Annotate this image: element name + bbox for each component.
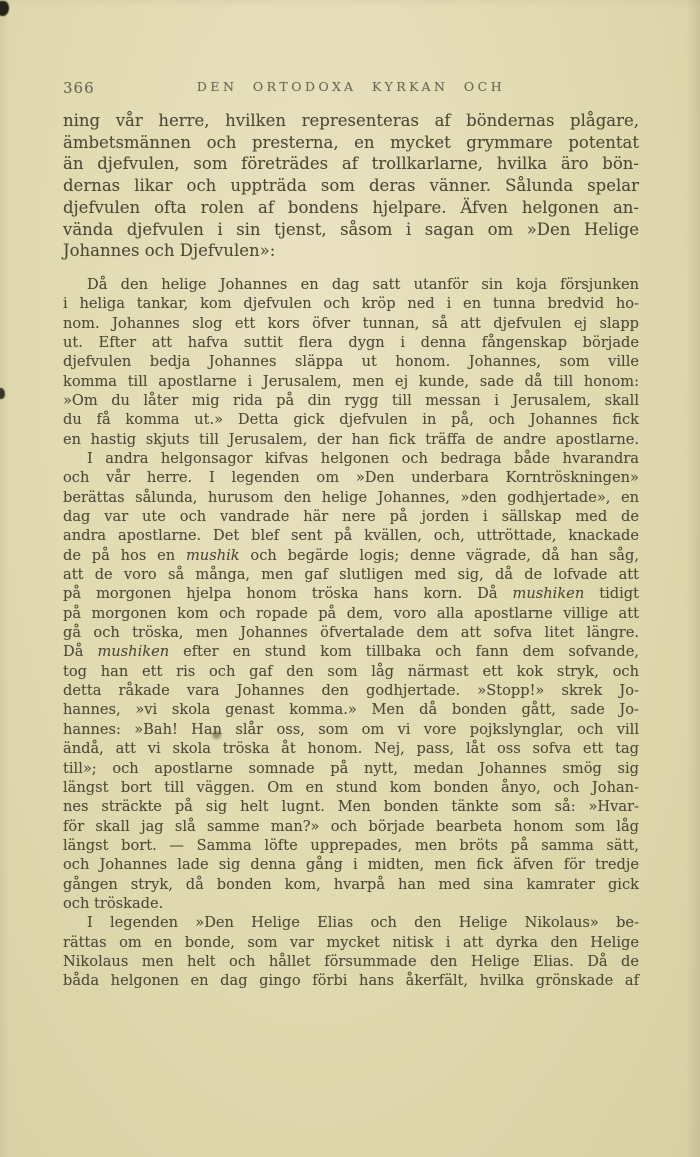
text-line: dag var ute och vandrade här nere på jor… [63, 507, 639, 526]
page-header: 366 DEN ORTODOXA KYRKAN OCH [63, 79, 639, 101]
paragraph: I andra helgonsagor kifvas helgonen och … [63, 449, 639, 913]
text-line: och Johannes lade sig denna gång i midte… [63, 855, 639, 874]
text-line: dernas likar och uppträda som deras vänn… [63, 175, 639, 197]
text-line: ning vår herre, hvilken representeras af… [63, 110, 639, 132]
text-line: hannes, »vi skola genast komma.» Men då … [63, 700, 639, 719]
text-line: I andra helgonsagor kifvas helgonen och … [63, 449, 639, 468]
text-line: nes sträckte på sig helt lugnt. Men bond… [63, 797, 639, 816]
text-column: 366 DEN ORTODOXA KYRKAN OCH ning vår her… [63, 79, 639, 991]
paragraph: I legenden »Den Helige Elias och den Hel… [63, 913, 639, 990]
paragraph: ning vår herre, hvilken representeras af… [63, 110, 639, 262]
text-line: djefvulen ofta rolen af bondens hjelpare… [63, 197, 639, 219]
text-line: ut. Efter att hafva suttit flera dygn i … [63, 333, 639, 352]
running-header: DEN ORTODOXA KYRKAN OCH [63, 79, 639, 94]
text-line: I legenden »Den Helige Elias och den Hel… [63, 913, 639, 932]
text-line: gå och tröska, men Johannes öfvertalade … [63, 623, 639, 642]
text-line: ändå, att vi skola tröska åt honom. Nej,… [63, 739, 639, 758]
text-line: längst bort. — Samma löfte upprepades, m… [63, 836, 639, 855]
text-line: att de voro så många, men gaf slutligen … [63, 565, 639, 584]
text-line: för skall jag slå samme man?» och börjad… [63, 817, 639, 836]
text-line: komma till apostlarne i Jerusalem, men e… [63, 372, 639, 391]
text-line: båda helgonen en dag gingo förbi hans åk… [63, 971, 639, 990]
text-line: på morgonen kom och ropade på dem, voro … [63, 604, 639, 623]
text-line: rättas om en bonde, som var mycket nitis… [63, 933, 639, 952]
text-line: och vår herre. I legenden om »Den underb… [63, 468, 639, 487]
text-line: gången stryk, då bonden kom, hvarpå han … [63, 875, 639, 894]
text-line: djefvulen bedja Johannes släppa ut honom… [63, 352, 639, 371]
text-line: berättas sålunda, hurusom den helige Joh… [63, 488, 639, 507]
text-line: Då den helige Johannes en dag satt utanf… [63, 275, 639, 294]
text-block: ning vår herre, hvilken representeras af… [63, 110, 639, 991]
text-line: hannes: »Bah! Han slår oss, som om vi vo… [63, 720, 639, 739]
paragraph: Då den helige Johannes en dag satt utanf… [63, 275, 639, 449]
text-line: detta råkade vara Johannes den godhjerta… [63, 681, 639, 700]
text-line: längst bort till väggen. Om en stund kom… [63, 778, 639, 797]
text-line: du få komma ut.» Detta gick djefvulen in… [63, 410, 639, 429]
book-page-scan: 366 DEN ORTODOXA KYRKAN OCH ning vår her… [0, 0, 700, 1157]
text-line: på morgonen hjelpa honom tröska hans kor… [63, 584, 639, 603]
text-line: de på hos en mushik och begärde logis; d… [63, 546, 639, 565]
text-line: tog han ett ris och gaf den som låg närm… [63, 662, 639, 681]
page-number: 366 [63, 79, 95, 97]
text-line: än djefvulen, som företrädes af trollkar… [63, 153, 639, 175]
text-line: till»; och apostlarne somnade på nytt, m… [63, 759, 639, 778]
text-line: andra apostlarne. Det blef sent på kväll… [63, 526, 639, 545]
scan-blot-icon [0, 1, 9, 16]
text-line: och tröskade. [63, 894, 639, 913]
text-line: Nikolaus men helt och hållet försummade … [63, 952, 639, 971]
scan-speck-icon [0, 388, 5, 399]
text-line: nom. Johannes slog ett kors öfver tunnan… [63, 314, 639, 333]
text-line: ämbetsmännen och presterna, en mycket gr… [63, 132, 639, 154]
text-line: Då mushiken efter en stund kom tillbaka … [63, 642, 639, 661]
text-line: i heliga tankar, kom djefvulen och kröp … [63, 294, 639, 313]
text-line: Johannes och Djefvulen»: [63, 240, 639, 262]
text-line: en hastig skjuts till Jerusalem, der han… [63, 430, 639, 449]
text-line: »Om du låter mig rida på din rygg till m… [63, 391, 639, 410]
text-line: vända djefvulen i sin tjenst, såsom i sa… [63, 219, 639, 241]
